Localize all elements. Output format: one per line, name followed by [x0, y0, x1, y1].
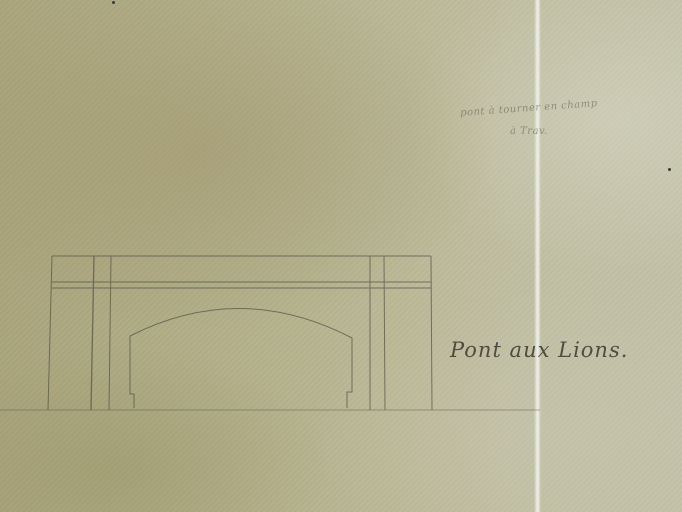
drawing-caption: Pont aux Lions. [450, 338, 628, 362]
ink-speck [668, 168, 671, 171]
ink-speck [112, 1, 115, 4]
bridge-elevation-drawing [0, 0, 682, 512]
handwritten-note-line2: à Trav. [510, 126, 548, 137]
